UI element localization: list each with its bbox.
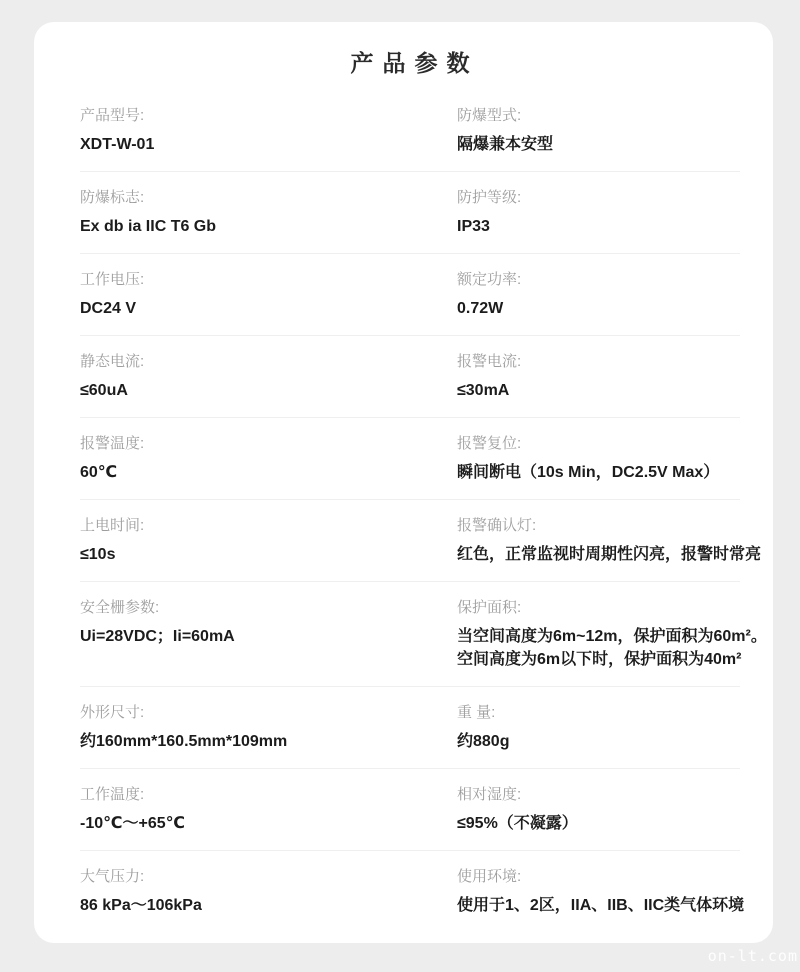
spec-value: -10℃～+65℃: [80, 812, 457, 835]
spec-value: Ui=28VDC；Ii=60mA: [80, 625, 457, 648]
spec-cell-right: 相对湿度: ≤95%（不凝露）: [457, 785, 740, 835]
spec-cell-right: 报警电流: ≤30mA: [457, 352, 740, 402]
spec-label: 防爆型式:: [457, 106, 740, 126]
spec-value: ≤30mA: [457, 379, 740, 402]
spec-value: 红色，正常监视时周期性闪亮，报警时常亮: [457, 543, 740, 566]
spec-value: ≤95%（不凝露）: [457, 812, 740, 835]
spec-cell-left: 工作温度: -10℃～+65℃: [80, 785, 457, 835]
spec-label: 报警电流:: [457, 352, 740, 372]
spec-row-voltage: 工作电压: DC24 V 额定功率: 0.72W: [80, 254, 740, 336]
spec-value: 约160mm*160.5mm*109mm: [80, 730, 457, 753]
spec-value: Ex db ia IIC T6 Gb: [80, 215, 457, 238]
spec-cell-left: 产品型号: XDT-W-01: [80, 106, 457, 156]
spec-cell-left: 防爆标志: Ex db ia IIC T6 Gb: [80, 188, 457, 238]
spec-cell-left: 安全栅参数: Ui=28VDC；Ii=60mA: [80, 598, 457, 671]
spec-cell-right: 使用环境: 使用于1、2区，IIA、IIB、IIC类气体环境: [457, 867, 740, 917]
spec-value: 约880g: [457, 730, 740, 753]
spec-row-dimensions: 外形尺寸: 约160mm*160.5mm*109mm 重 量: 约880g: [80, 687, 740, 769]
spec-value: XDT-W-01: [80, 133, 457, 156]
spec-cell-right: 重 量: 约880g: [457, 703, 740, 753]
spec-label: 上电时间:: [80, 516, 457, 536]
spec-cell-left: 上电时间: ≤10s: [80, 516, 457, 566]
spec-label: 安全栅参数:: [80, 598, 457, 618]
page-background: 产品参数 产品型号: XDT-W-01 防爆型式: 隔爆兼本安型 防爆标志: E…: [0, 0, 800, 972]
spec-label: 工作电压:: [80, 270, 457, 290]
spec-value: 60℃: [80, 461, 457, 484]
spec-row-current: 静态电流: ≤60uA 报警电流: ≤30mA: [80, 336, 740, 418]
spec-cell-right: 报警复位: 瞬间断电（10s Min，DC2.5V Max）: [457, 434, 740, 484]
spec-label: 防爆标志:: [80, 188, 457, 208]
spec-value: 瞬间断电（10s Min，DC2.5V Max）: [457, 461, 740, 484]
spec-value: 0.72W: [457, 297, 740, 320]
spec-value: ≤10s: [80, 543, 457, 566]
spec-cell-right: 保护面积: 当空间高度为6m~12m，保护面积为60m²。 空间高度为6m以下时…: [457, 598, 740, 671]
spec-label: 使用环境:: [457, 867, 740, 887]
spec-cell-right: 防爆型式: 隔爆兼本安型: [457, 106, 740, 156]
spec-label: 工作温度:: [80, 785, 457, 805]
spec-cell-left: 外形尺寸: 约160mm*160.5mm*109mm: [80, 703, 457, 753]
spec-label: 报警温度:: [80, 434, 457, 454]
spec-label: 外形尺寸:: [80, 703, 457, 723]
spec-label: 防护等级:: [457, 188, 740, 208]
spec-cell-left: 大气压力: 86 kPa～106kPa: [80, 867, 457, 917]
spec-row-power-on-time: 上电时间: ≤10s 报警确认灯: 红色，正常监视时周期性闪亮，报警时常亮: [80, 500, 740, 582]
spec-cell-right: 报警确认灯: 红色，正常监视时周期性闪亮，报警时常亮: [457, 516, 740, 566]
spec-row-operating-temp: 工作温度: -10℃～+65℃ 相对湿度: ≤95%（不凝露）: [80, 769, 740, 851]
spec-value: 使用于1、2区，IIA、IIB、IIC类气体环境: [457, 894, 740, 917]
spec-row-safety-barrier: 安全栅参数: Ui=28VDC；Ii=60mA 保护面积: 当空间高度为6m~1…: [80, 582, 740, 687]
spec-cell-right: 防护等级: IP33: [457, 188, 740, 238]
spec-label: 产品型号:: [80, 106, 457, 126]
spec-label: 报警复位:: [457, 434, 740, 454]
spec-cell-left: 静态电流: ≤60uA: [80, 352, 457, 402]
spec-value: ≤60uA: [80, 379, 457, 402]
spec-cell-left: 工作电压: DC24 V: [80, 270, 457, 320]
spec-cell-right: 额定功率: 0.72W: [457, 270, 740, 320]
spec-label: 重 量:: [457, 703, 740, 723]
spec-row-alarm-temp: 报警温度: 60℃ 报警复位: 瞬间断电（10s Min，DC2.5V Max）: [80, 418, 740, 500]
spec-value: IP33: [457, 215, 740, 238]
spec-label: 静态电流:: [80, 352, 457, 372]
spec-row-product-model: 产品型号: XDT-W-01 防爆型式: 隔爆兼本安型: [80, 90, 740, 172]
spec-label: 保护面积:: [457, 598, 740, 618]
spec-row-atmospheric-pressure: 大气压力: 86 kPa～106kPa 使用环境: 使用于1、2区，IIA、II…: [80, 851, 740, 932]
spec-value: 当空间高度为6m~12m，保护面积为60m²。 空间高度为6m以下时，保护面积为…: [457, 625, 740, 671]
watermark: on-lt.com: [708, 947, 798, 965]
spec-card: 产品参数 产品型号: XDT-W-01 防爆型式: 隔爆兼本安型 防爆标志: E…: [34, 22, 773, 943]
page-title: 产品参数: [80, 49, 740, 77]
spec-row-ex-marking: 防爆标志: Ex db ia IIC T6 Gb 防护等级: IP33: [80, 172, 740, 254]
spec-value: 隔爆兼本安型: [457, 133, 740, 156]
spec-value: 86 kPa～106kPa: [80, 894, 457, 917]
spec-label: 大气压力:: [80, 867, 457, 887]
spec-label: 相对湿度:: [457, 785, 740, 805]
spec-value: DC24 V: [80, 297, 457, 320]
spec-label: 额定功率:: [457, 270, 740, 290]
spec-label: 报警确认灯:: [457, 516, 740, 536]
spec-cell-left: 报警温度: 60℃: [80, 434, 457, 484]
spec-table: 产品型号: XDT-W-01 防爆型式: 隔爆兼本安型 防爆标志: Ex db …: [80, 90, 740, 932]
